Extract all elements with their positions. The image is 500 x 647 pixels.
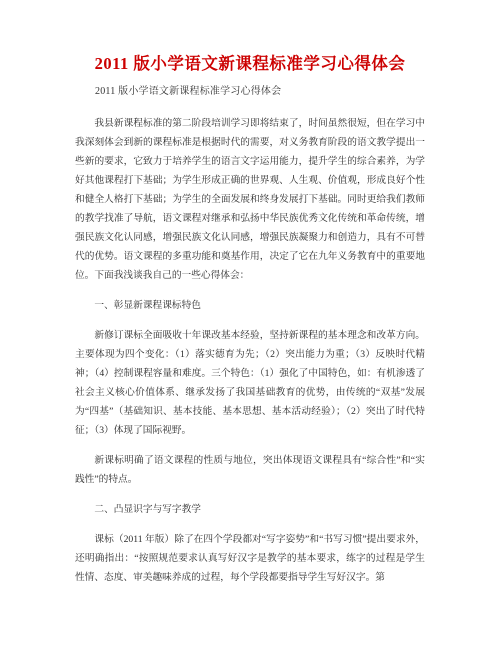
paragraph-section1-nature: 新课标明确了语文课程的性质与地位，突出体现语文课程具有“综合性”和“实践性”的特… bbox=[75, 451, 425, 489]
paragraph-intro: 我县新课程标准的第二阶段培训学习即将结束了，时间虽然很短，但在学习中我深刻体会到… bbox=[75, 114, 425, 285]
document-page: 2011 版小学语文新课程标准学习心得体会 2011 版小学语文新课程标准学习心… bbox=[0, 0, 500, 647]
document-body: 我县新课程标准的第二阶段培训学习即将结束了，时间虽然很短，但在学习中我深刻体会到… bbox=[75, 114, 425, 587]
page-subtitle: 2011 版小学语文新课程标准学习心得体会 bbox=[95, 85, 500, 99]
paragraph-section1-features: 新修订课标全面吸收十年课改基本经验，坚持新课程的基本理念和改革方向。主要体现为四… bbox=[75, 326, 425, 440]
section-heading-1: 一、彰显新课程课标特色 bbox=[75, 296, 425, 315]
section-heading-2: 二、凸显识字与写字教学 bbox=[75, 500, 425, 519]
paragraph-section2-writing: 课标（2011 年版）除了在四个学段都对“写字姿势”和“书写习惯”提出要求外，还… bbox=[75, 530, 425, 587]
page-title: 2011 版小学语文新课程标准学习心得体会 bbox=[20, 52, 480, 76]
